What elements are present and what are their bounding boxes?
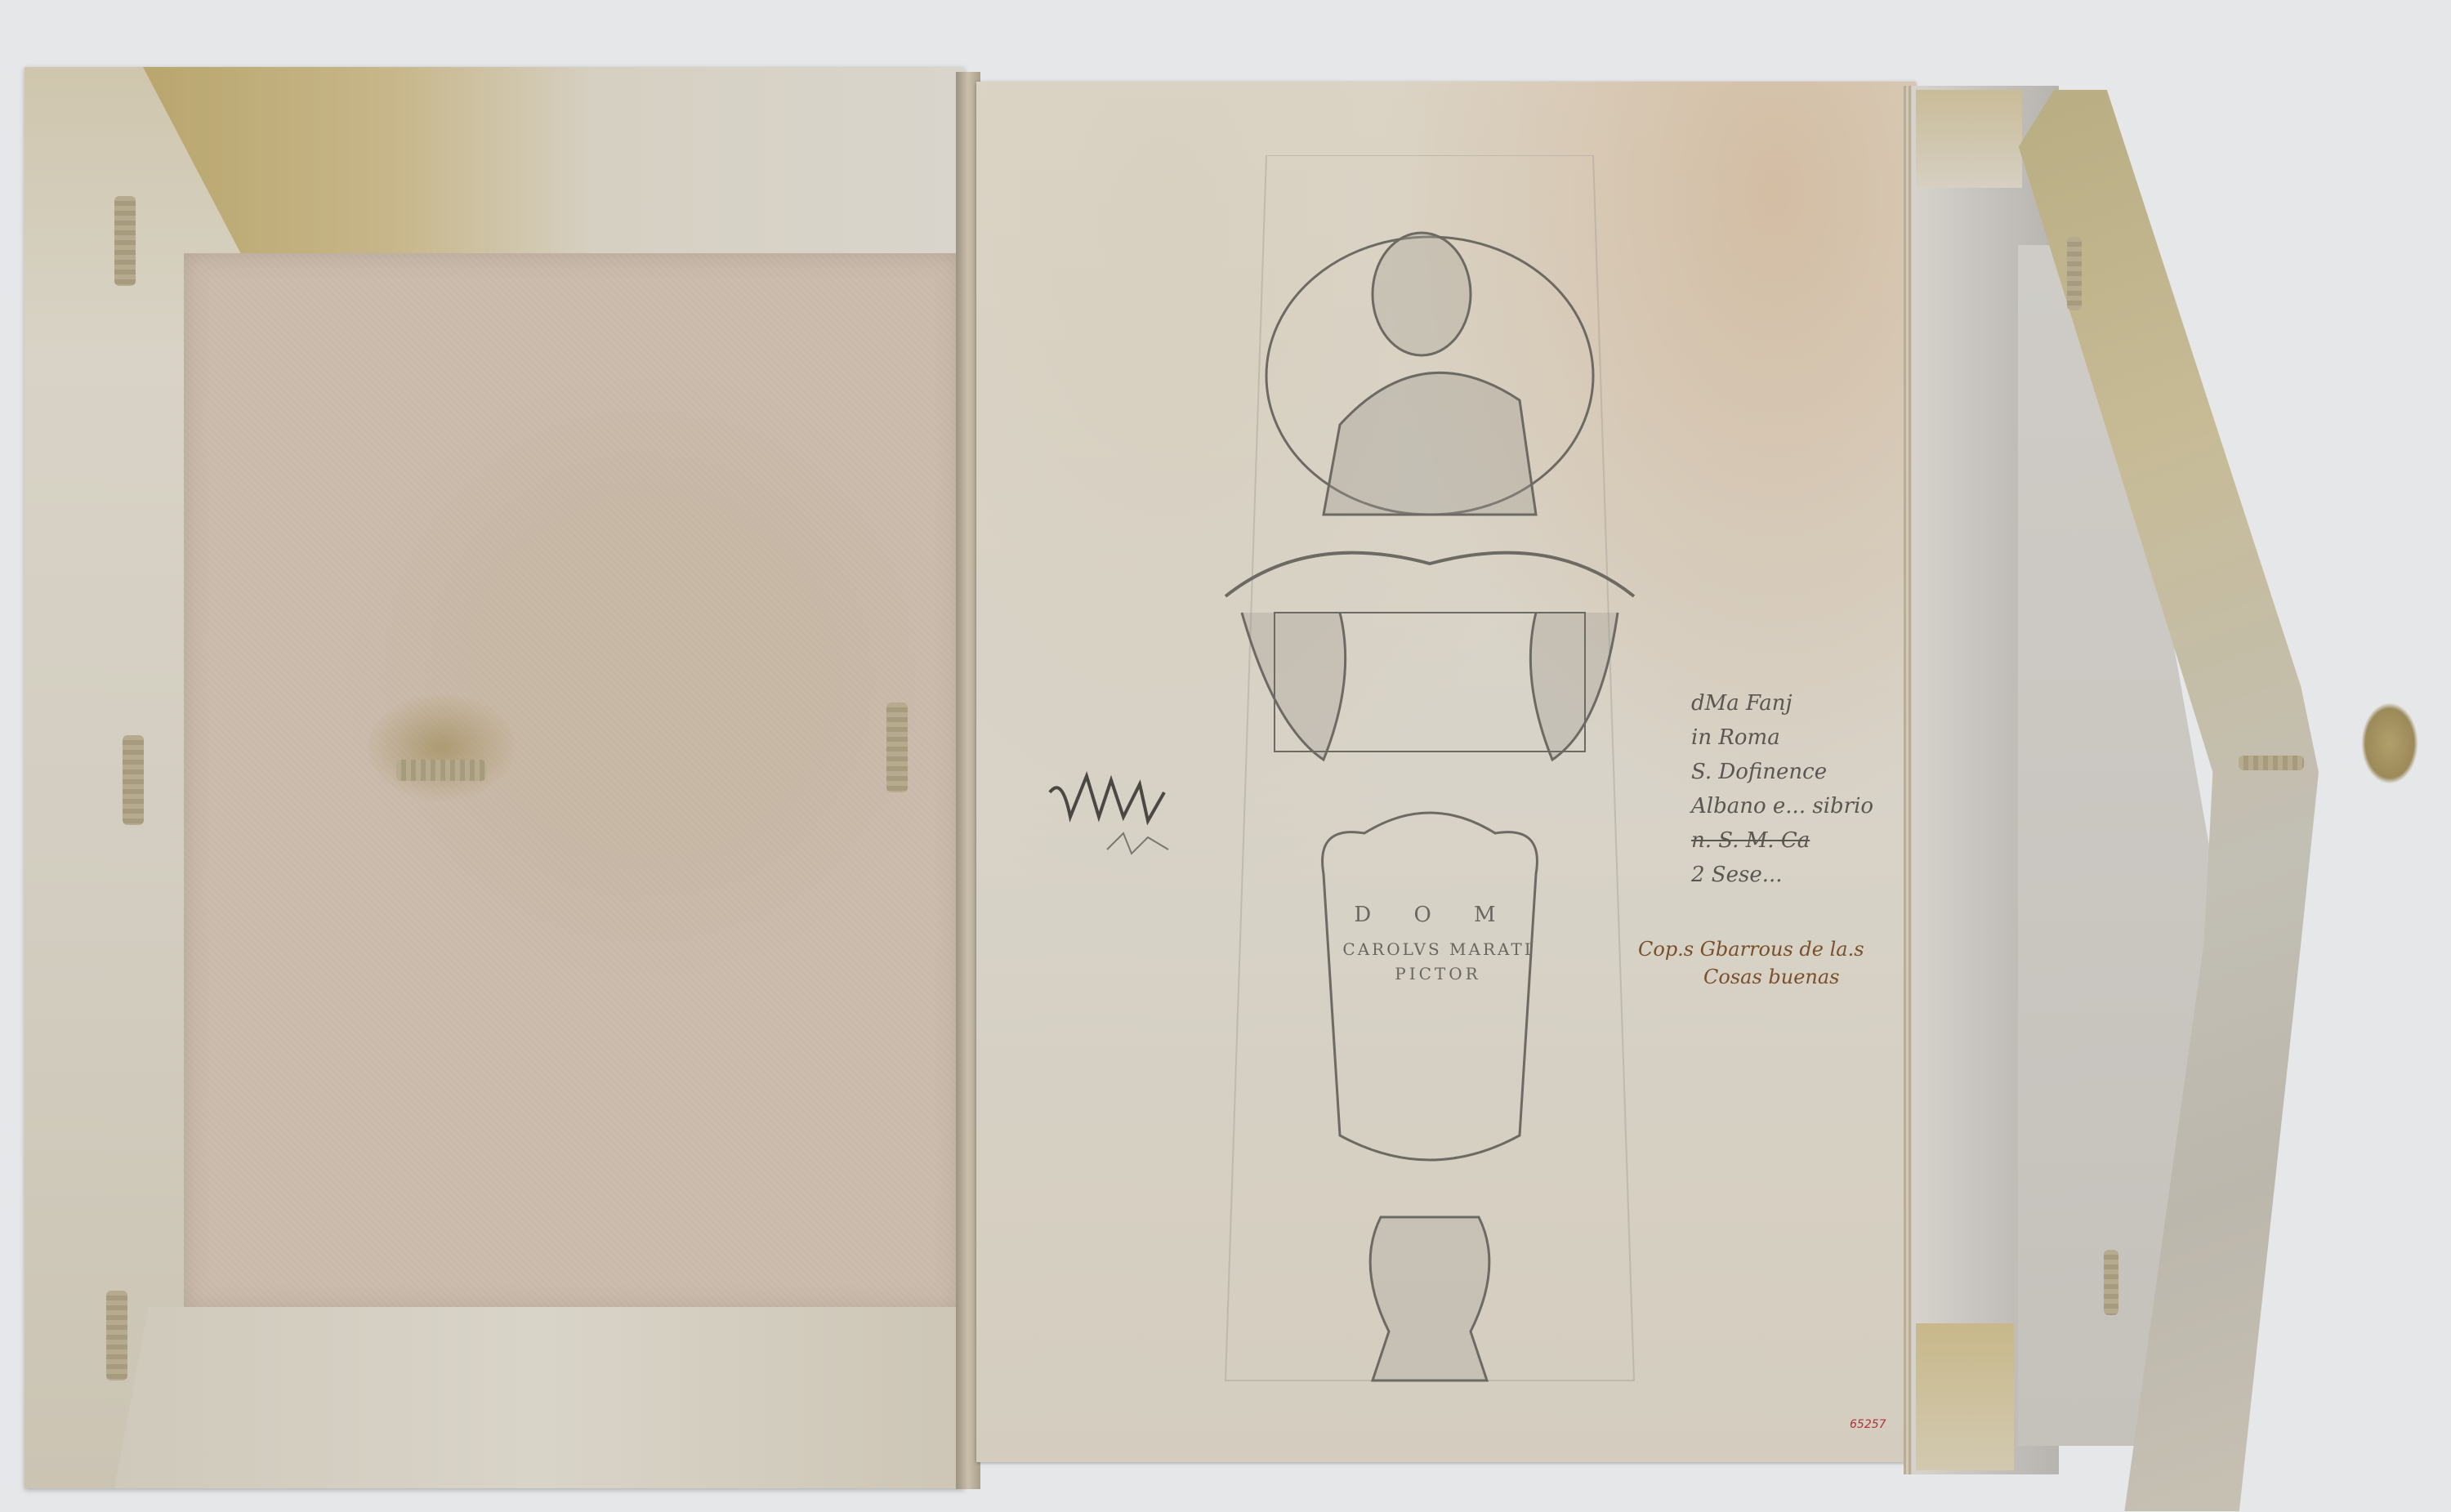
- string-tie-icon: [123, 735, 144, 825]
- inscription-dom: D O M: [1348, 903, 1520, 927]
- graphite-note-line: S. Dofinence: [1691, 755, 1904, 789]
- graphite-note-line: 2 Sese...: [1691, 858, 1904, 892]
- knot-icon: [2361, 702, 2418, 784]
- graphite-note-line: Albano e... sibrio: [1691, 789, 1904, 823]
- graphite-note-line: dMa Fanj: [1691, 686, 1904, 720]
- inscription-name: CAROLVS MARATI: [1332, 939, 1544, 959]
- left-top-flap: [143, 67, 964, 255]
- graphite-scribble: [1025, 760, 1205, 866]
- graphite-note-line: in Roma: [1691, 720, 1904, 755]
- right-top-band: [1916, 90, 2022, 188]
- string-tie-icon: [2239, 756, 2304, 770]
- left-bottom-flap: [114, 1307, 964, 1488]
- string-tie-icon: [886, 702, 908, 792]
- string-tie-icon: [396, 760, 486, 781]
- string-tie-icon: [106, 1291, 127, 1380]
- right-bottom-band: [1916, 1323, 2014, 1470]
- ink-notes: Cop.s Gbarrous de la.s Cosas buenas: [1638, 935, 1908, 991]
- string-tie-icon: [114, 196, 136, 286]
- ink-note-line: Cosas buenas: [1638, 963, 1908, 991]
- left-center-stain: [368, 694, 515, 801]
- graphite-notes: dMa Fanj in Roma S. Dofinence Albano e..…: [1691, 686, 1904, 892]
- string-tie-icon: [2104, 1250, 2118, 1315]
- string-tie-icon: [2067, 237, 2082, 310]
- inscription-title: PICTOR: [1332, 964, 1544, 983]
- graphite-note-line-struck: n. S. M. Ca: [1691, 823, 1904, 858]
- ink-note-line: Cop.s Gbarrous de la.s: [1638, 935, 1908, 963]
- left-paper-lining: [184, 253, 960, 1311]
- inventory-number: 65257: [1850, 1418, 1886, 1431]
- monument-drawing: [1176, 155, 1683, 1429]
